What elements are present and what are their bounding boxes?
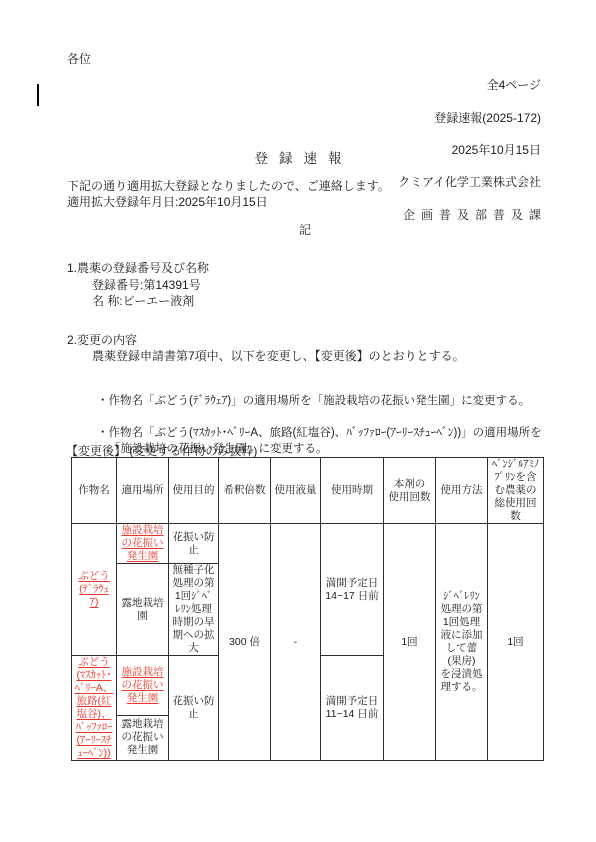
cell-crop-delaware: ぶどう (ﾃﾞﾗｳｪ ｱ) <box>72 524 117 656</box>
page-count: 全4ページ <box>398 77 541 93</box>
cell-dilution: 300 倍 <box>219 524 271 761</box>
col-header-liquid: 使用液量 <box>271 458 321 524</box>
cell-place-open-field-1: 露地栽培 園 <box>117 564 169 656</box>
col-header-crop: 作物名 <box>72 458 117 524</box>
change-bullet-1: ・作物名「ぶどう(ﾃﾞﾗｳｪｱ)」の適用場所を「施設栽培の花振い発生園」に変更す… <box>97 394 552 410</box>
bulletin-number: 登録速報(2025-172) <box>398 110 541 126</box>
cell-liquid-amount: - <box>271 524 321 761</box>
cell-crop-muscat-group: ぶどう (ﾏｽｶｯﾄ･ ﾍﾞﾘｰA、 旅路(紅 塩谷)、 ﾊﾞｯﾌｧﾛｰ (ｱｰ… <box>72 656 117 761</box>
record-marker: 記 <box>0 221 596 238</box>
col-header-place: 適用場所 <box>117 458 169 524</box>
col-header-total-count: ﾍﾞﾝｼﾞﾙｱﾐﾉ ﾌﾟﾘﾝを含 む農薬の 総使用回 数 <box>488 458 544 524</box>
cell-timing-1: 満開予定日 14~17 日前 <box>321 524 384 656</box>
document-page: { "colors": { "accent_red": "#e8362a", "… <box>0 0 596 842</box>
cell-purpose-flower-drop-2: 花振い防 止 <box>169 656 219 761</box>
recipient: 各位 <box>67 50 91 67</box>
col-header-dilution: 希釈倍数 <box>219 458 271 524</box>
col-header-timing: 使用時期 <box>321 458 384 524</box>
col-header-method: 使用方法 <box>436 458 488 524</box>
cell-total-count: 1回 <box>488 524 544 761</box>
cell-place-greenhouse-1: 施設栽培 の花振い 発生園 <box>117 524 169 564</box>
page-title: 登録速報 <box>0 147 596 167</box>
revision-mark <box>37 84 39 106</box>
intro-line-1: 下記の通り適用拡大登録となりましたので、ご連絡します。 <box>67 177 390 194</box>
cell-place-open-field-2: 露地栽培 の花振い 発生園 <box>117 715 169 760</box>
cell-place-greenhouse-2: 施設栽培 の花振い 発生園 <box>117 656 169 716</box>
cell-purpose-flower-drop-1: 花振い防 止 <box>169 524 219 564</box>
application-table: 作物名 適用場所 使用目的 希釈倍数 使用液量 使用時期 本剤の 使用回数 使用… <box>71 457 544 761</box>
cell-use-count: 1回 <box>384 524 436 761</box>
cell-purpose-seedless: 無種子化 処理の第 1回ｼﾞﾍﾞ ﾚﾘﾝ処理 時期の早 期への拡 大 <box>169 564 219 656</box>
section1-heading: 1.農薬の登録番号及び名称 <box>67 259 209 276</box>
section2-heading: 2.変更の内容 <box>67 331 137 348</box>
company-name: クミアイ化学工業株式会社 <box>398 174 541 190</box>
intro-line-2: 適用拡大登録年月日:2025年10月15日 <box>67 193 268 210</box>
registration-number: 登録番号:第14391号 <box>92 276 201 293</box>
cell-timing-2: 満開予定日 11~14 日前 <box>321 656 384 761</box>
col-header-purpose: 使用目的 <box>169 458 219 524</box>
col-header-count: 本剤の 使用回数 <box>384 458 436 524</box>
product-name: 名 称:ビーエー液剤 <box>92 292 194 309</box>
section2-body: 農薬登録申請書第7項中、以下を変更し、【変更後】のとおりとする。 <box>92 347 465 364</box>
cell-method: ｼﾞﾍﾞﾚﾘﾝ 処理の第 1回処理 液に添加 して蕾 (果房) を浸漬処 理する… <box>436 524 488 761</box>
